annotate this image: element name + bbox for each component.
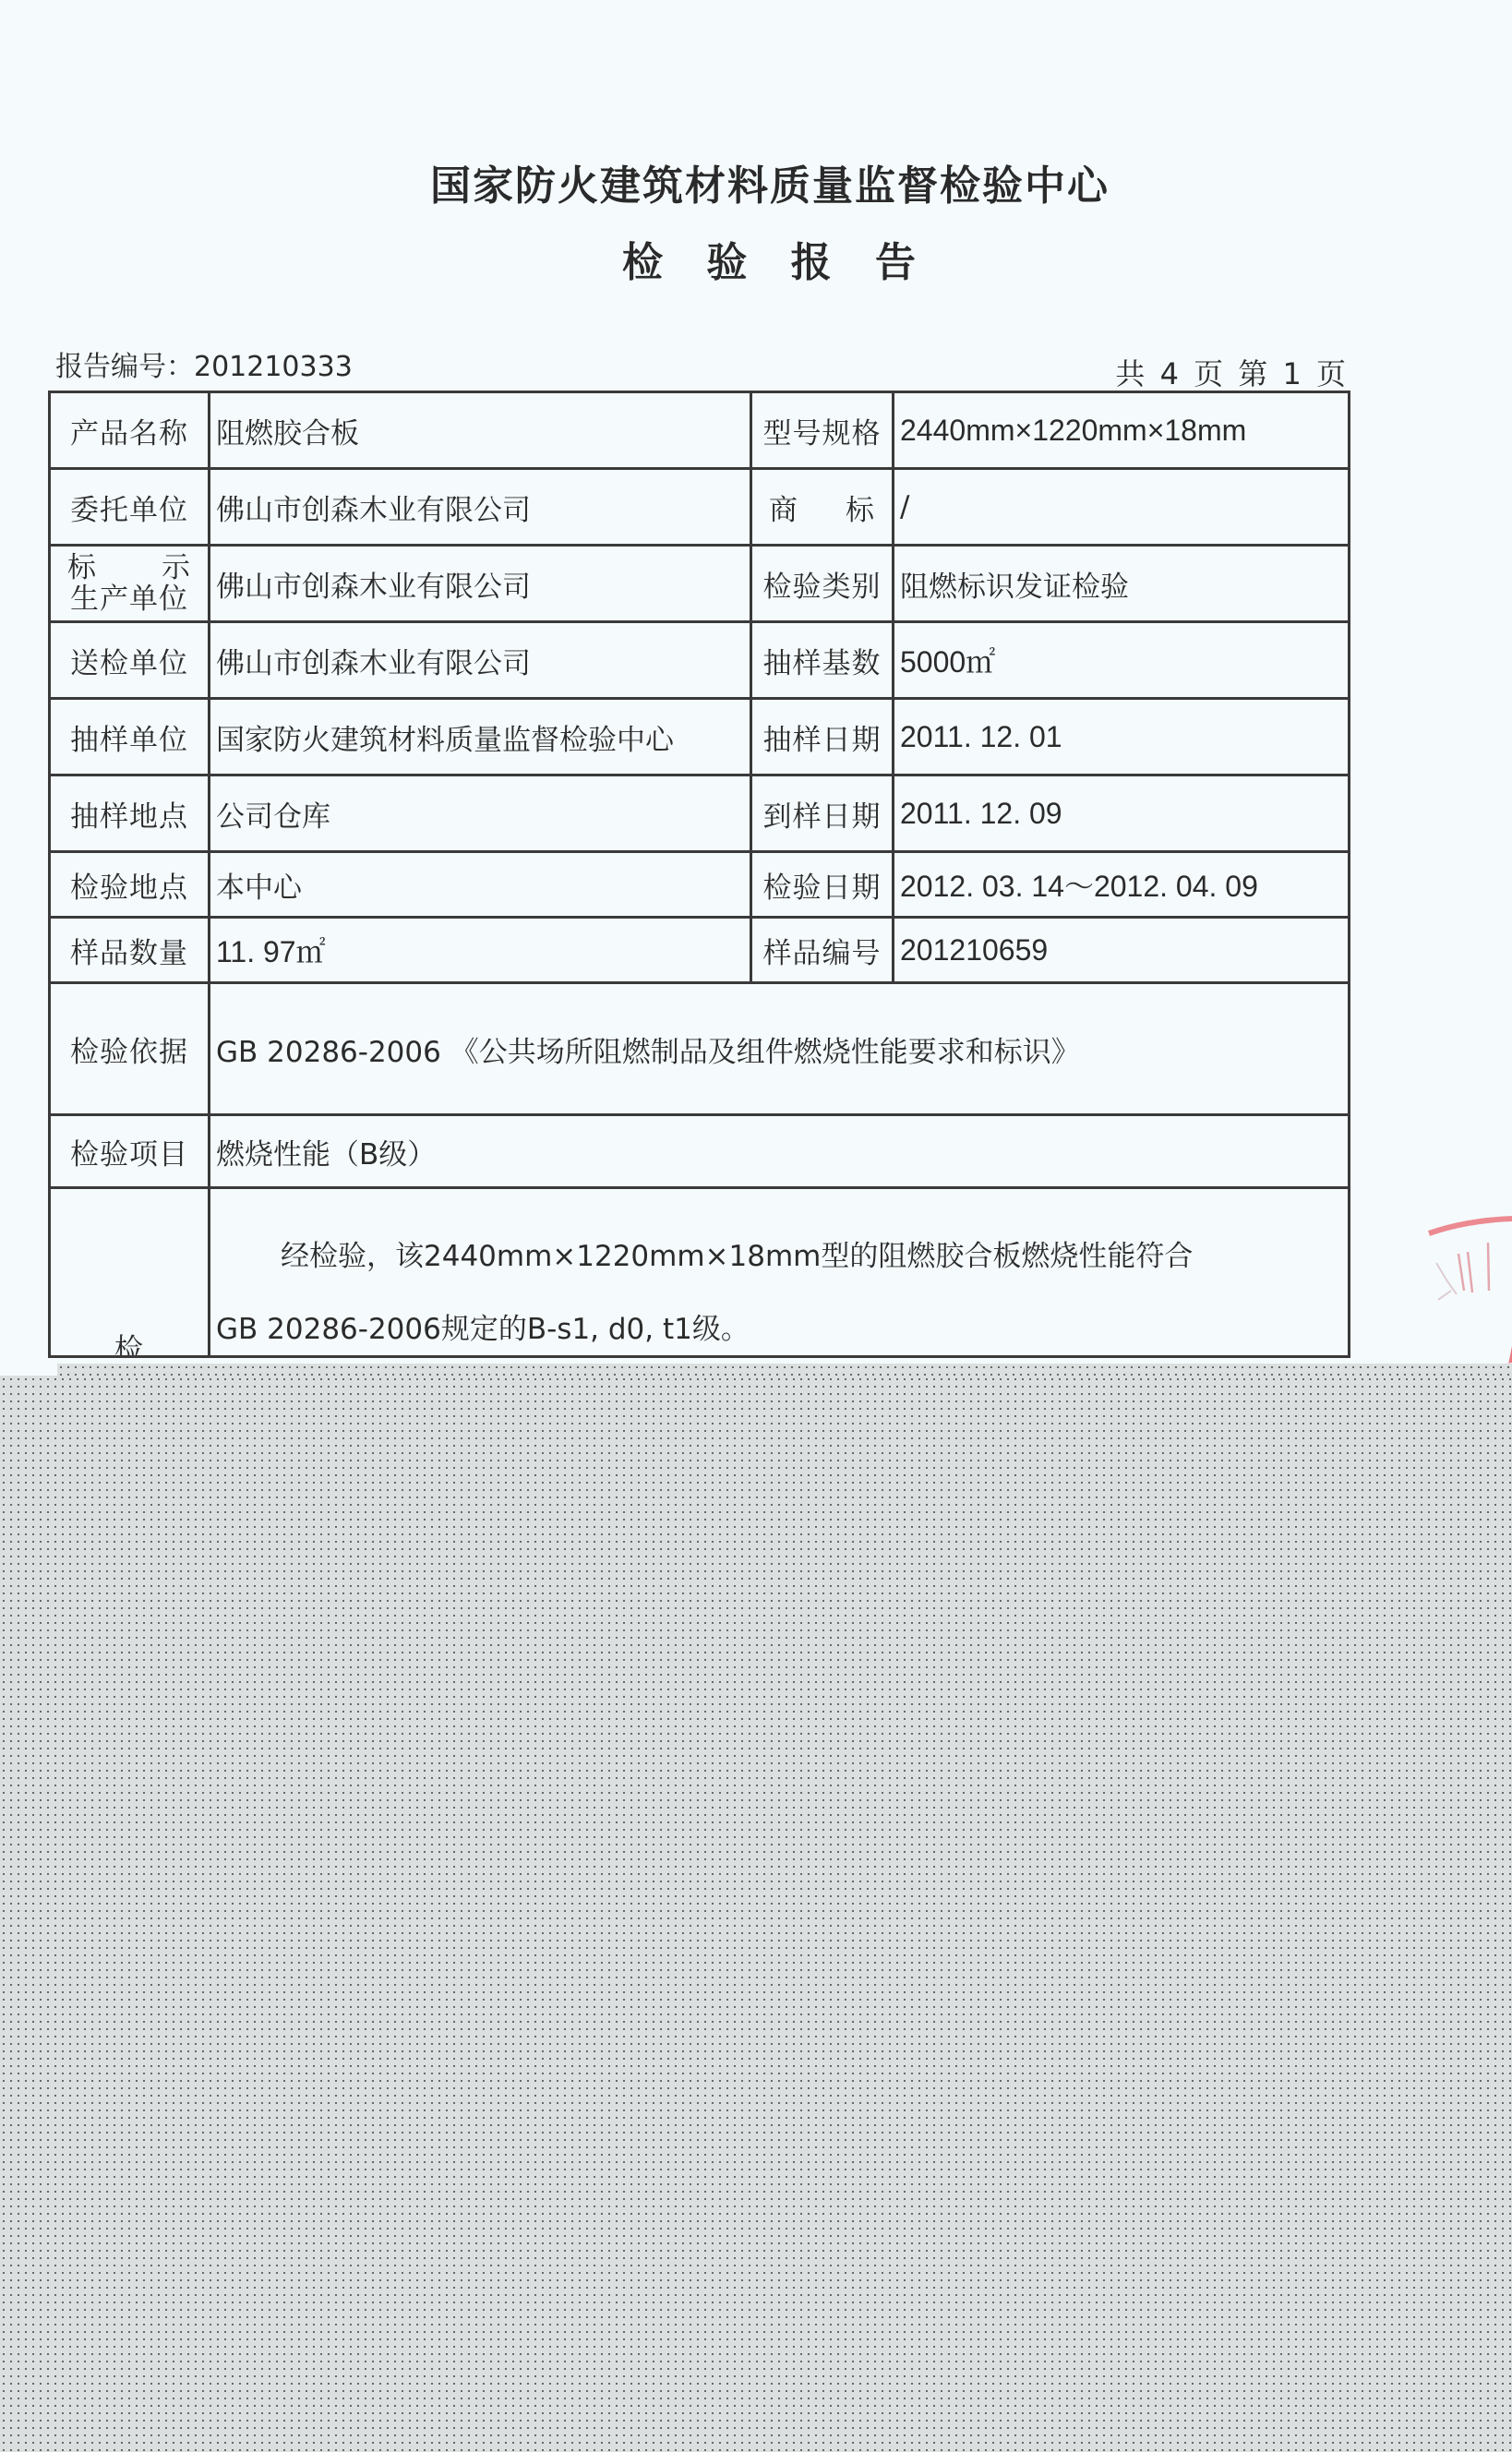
conclusion-value: 经检验，该2440mm×1220mm×18mm型的阻燃胶合板燃烧性能符合 GB … [210,1188,1350,1357]
table-row: 检验地点 本中心 检验日期 2012. 03. 14～2012. 04. 09 [50,852,1350,918]
sampling-place-label: 抽样地点 [50,775,210,852]
redacted-region-edge [57,1364,1512,1376]
product-name-label: 产品名称 [50,392,210,469]
test-date-label: 检验日期 [751,852,894,918]
sample-qty-value: 11. 97㎡ [210,918,751,983]
test-date-value: 2012. 03. 14～2012. 04. 09 [894,852,1350,918]
basis-value: GB 20286-2006 《公共场所阻燃制品及组件燃烧性能要求和标识》 [210,983,1350,1115]
test-category-value: 阻燃标识发证检验 [894,546,1350,622]
sampling-unit-label: 抽样单位 [50,699,210,775]
report-info-table: 产品名称 阻燃胶合板 型号规格 2440mm×1220mm×18mm 委托单位 … [48,391,1350,1358]
manufacturer-value: 佛山市创森木业有限公司 [210,546,751,622]
sampling-base-label: 抽样基数 [751,622,894,699]
sampling-date-label: 抽样日期 [751,699,894,775]
report-number-label: 报告编号： [55,351,194,383]
client-value: 佛山市创森木业有限公司 [210,469,751,546]
sampling-date-value: 2011. 12. 01 [894,699,1350,775]
sampling-unit-value: 国家防火建筑材料质量监督检验中心 [210,699,751,775]
table-row: 检验依据 GB 20286-2006 《公共场所阻燃制品及组件燃烧性能要求和标识… [50,983,1350,1115]
test-place-value: 本中心 [210,852,751,918]
conclusion-line-1: 经检验，该2440mm×1220mm×18mm型的阻燃胶合板燃烧性能符合 [216,1232,1342,1274]
table-row: 样品数量 11. 97㎡ 样品编号 201210659 [50,918,1350,983]
report-page: 国家防火建筑材料质量监督检验中心 检 验 报 告 报告编号：201210333 … [0,0,1512,2452]
trademark-label-part: 商 [769,487,798,528]
conclusion-label: 检 [50,1188,210,1357]
test-place-label: 检验地点 [50,852,210,918]
arrival-date-value: 2011. 12. 09 [894,775,1350,852]
client-label: 委托单位 [50,469,210,546]
sample-no-label: 样品编号 [751,918,894,983]
conclusion-label-text: 检 [51,1326,208,1357]
model-spec-value: 2440mm×1220mm×18mm [894,392,1350,469]
trademark-value: / [894,469,1350,546]
sample-qty-label: 样品数量 [50,918,210,983]
report-number: 报告编号：201210333 [55,343,353,384]
test-item-value: 燃烧性能（B级） [210,1115,1350,1188]
basis-label: 检验依据 [50,983,210,1115]
table-row: 抽样地点 公司仓库 到样日期 2011. 12. 09 [50,775,1350,852]
submitter-label: 送检单位 [50,622,210,699]
report-number-value: 201210333 [194,351,353,383]
table-row: 产品名称 阻燃胶合板 型号规格 2440mm×1220mm×18mm [50,392,1350,469]
trademark-label-part: 标 [846,487,875,528]
manufacturer-label-part: 生产单位 [56,583,202,615]
table-row: 标示 生产单位 佛山市创森木业有限公司 检验类别 阻燃标识发证检验 [50,546,1350,622]
manufacturer-label-part: 标 [67,552,97,583]
sampling-place-value: 公司仓库 [210,775,751,852]
sample-no-value: 201210659 [894,918,1350,983]
table-row: 检 经检验，该2440mm×1220mm×18mm型的阻燃胶合板燃烧性能符合 G… [50,1188,1350,1357]
document-title: 检 验 报 告 [0,229,1512,288]
table-row: 送检单位 佛山市创森木业有限公司 抽样基数 5000㎡ [50,622,1350,699]
model-spec-label: 型号规格 [751,392,894,469]
table-row: 委托单位 佛山市创森木业有限公司 商标 / [50,469,1350,546]
test-item-label: 检验项目 [50,1115,210,1188]
redacted-region [0,1376,1512,2452]
table-row: 抽样单位 国家防火建筑材料质量监督检验中心 抽样日期 2011. 12. 01 [50,699,1350,775]
manufacturer-label-part: 示 [162,552,191,583]
page-count: 共 4 页 第 1 页 [1115,351,1346,393]
manufacturer-label: 标示 生产单位 [50,546,210,622]
trademark-label: 商标 [751,469,894,546]
arrival-date-label: 到样日期 [751,775,894,852]
table-row: 检验项目 燃烧性能（B级） [50,1115,1350,1188]
submitter-value: 佛山市创森木业有限公司 [210,622,751,699]
conclusion-line-2: GB 20286-2006规定的B-s1, d0, t1级。 [216,1305,1342,1347]
test-category-label: 检验类别 [751,546,894,622]
product-name-value: 阻燃胶合板 [210,392,751,469]
institution-title: 国家防火建筑材料质量监督检验中心 [0,152,1512,211]
sampling-base-value: 5000㎡ [894,622,1350,699]
